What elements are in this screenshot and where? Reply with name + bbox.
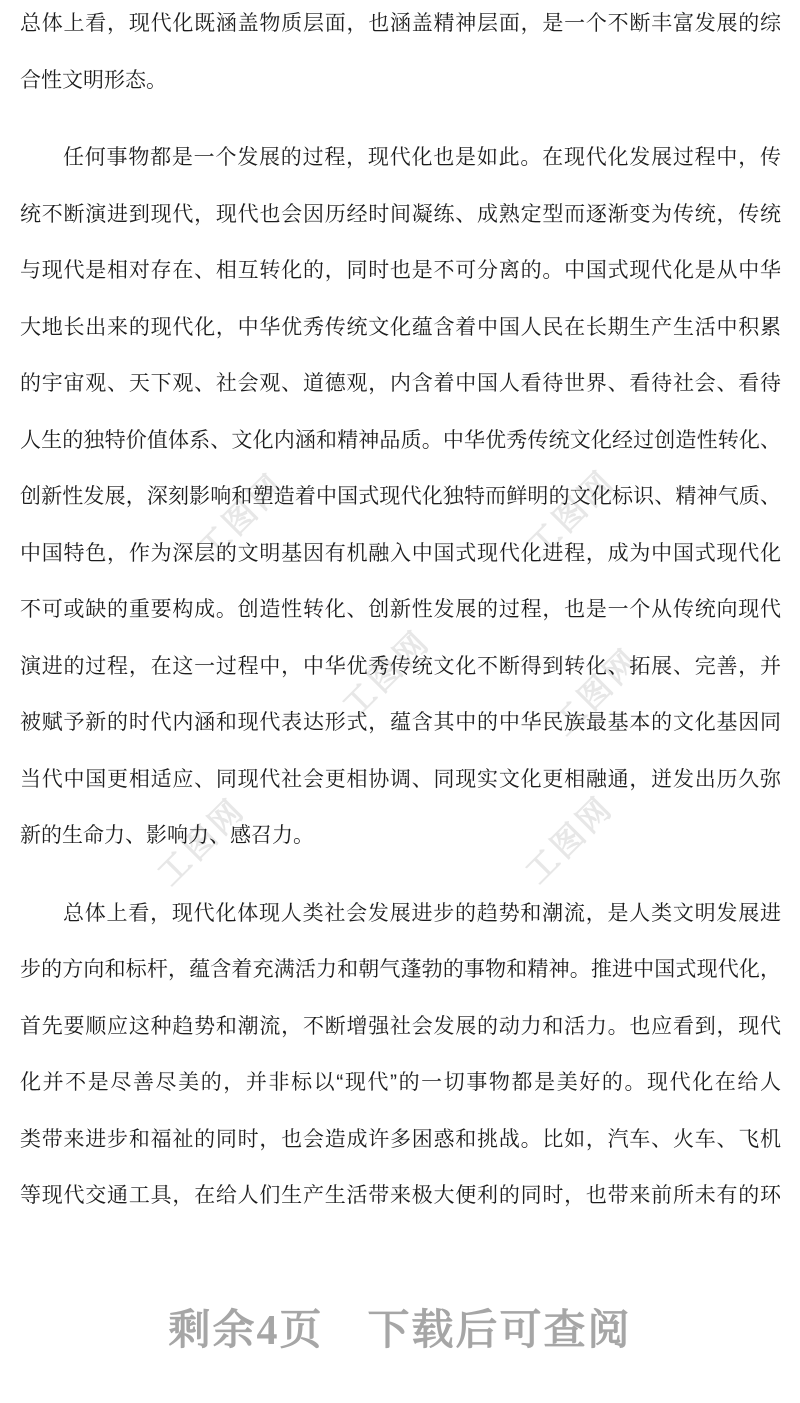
- text-line: 当代中国更相适应、同现代社会更相协调、同现实文化更相融通，迸发出历久弥: [20, 752, 781, 809]
- text-line: 演进的过程，在这一过程中，中华优秀传统文化不断得到转化、拓展、完善，并: [20, 639, 781, 696]
- text-line: 首先要顺应这种趋势和潮流，不断增强社会发展的动力和活力。也应看到，现代: [20, 999, 781, 1056]
- text-line: 等现代交通工具，在给人们生产生活带来极大便利的同时，也带来前所未有的环: [20, 1168, 781, 1225]
- text-line: 创新性发展，深刻影响和塑造着中国式现代化独特而鲜明的文化标识、精神气质、: [20, 469, 781, 526]
- paywall-notice-text: 剩余4页 下载后可查阅: [168, 1308, 631, 1354]
- text-line: 步的方向和标杆，蕴含着充满活力和朝气蓬勃的事物和精神。推进中国式现代化，: [20, 942, 781, 999]
- text-line: 大地长出来的现代化，中华优秀传统文化蕴含着中国人民在长期生产生活中积累: [20, 300, 781, 357]
- paragraph: 总体上看，现代化体现人类社会发展进步的趋势和潮流，是人类文明发展进步的方向和标杆…: [20, 886, 781, 1225]
- text-line: 总体上看，现代化既涵盖物质层面，也涵盖精神层面，是一个不断丰富发展的综: [20, 0, 781, 53]
- text-line: 中国特色，作为深层的文明基因有机融入中国式现代化进程，成为中国式现代化: [20, 526, 781, 583]
- text-line: 化并不是尽善尽美的，并非标以“现代”的一切事物都是美好的。现代化在给人: [20, 1055, 781, 1112]
- paragraph: 任何事物都是一个发展的过程，现代化也是如此。在现代化发展过程中，传统不断演进到现…: [20, 130, 781, 865]
- text-line: 合性文明形态。: [20, 53, 781, 110]
- text-line: 新的生命力、影响力、感召力。: [20, 808, 781, 865]
- document-content: 总体上看，现代化既涵盖物质层面，也涵盖精神层面，是一个不断丰富发展的综合性文明形…: [20, 0, 781, 1225]
- text-line: 任何事物都是一个发展的过程，现代化也是如此。在现代化发展过程中，传: [20, 130, 781, 187]
- text-line: 类带来进步和福祉的同时，也会造成许多困惑和挑战。比如，汽车、火车、飞机: [20, 1112, 781, 1169]
- text-line: 不可或缺的重要构成。创造性转化、创新性发展的过程，也是一个从传统向现代: [20, 582, 781, 639]
- document-page: 工图网工图网工图网工图网工图网工图网 总体上看，现代化既涵盖物质层面，也涵盖精神…: [0, 0, 800, 1403]
- text-line: 人生的独特价值体系、文化内涵和精神品质。中华优秀传统文化经过创造性转化、: [20, 413, 781, 470]
- text-line: 的宇宙观、天下观、社会观、道德观，内含着中国人看待世界、看待社会、看待: [20, 356, 781, 413]
- text-line: 与现代是相对存在、相互转化的，同时也是不可分离的。中国式现代化是从中华: [20, 243, 781, 300]
- paywall-notice: 剩余4页 下载后可查阅: [0, 1297, 800, 1357]
- paragraph: 总体上看，现代化既涵盖物质层面，也涵盖精神层面，是一个不断丰富发展的综合性文明形…: [20, 0, 781, 109]
- text-line: 被赋予新的时代内涵和现代表达形式，蕴含其中的中华民族最基本的文化基因同: [20, 695, 781, 752]
- text-line: 总体上看，现代化体现人类社会发展进步的趋势和潮流，是人类文明发展进: [20, 886, 781, 943]
- text-line: 统不断演进到现代，现代也会因历经时间凝练、成熟定型而逐渐变为传统，传统: [20, 187, 781, 244]
